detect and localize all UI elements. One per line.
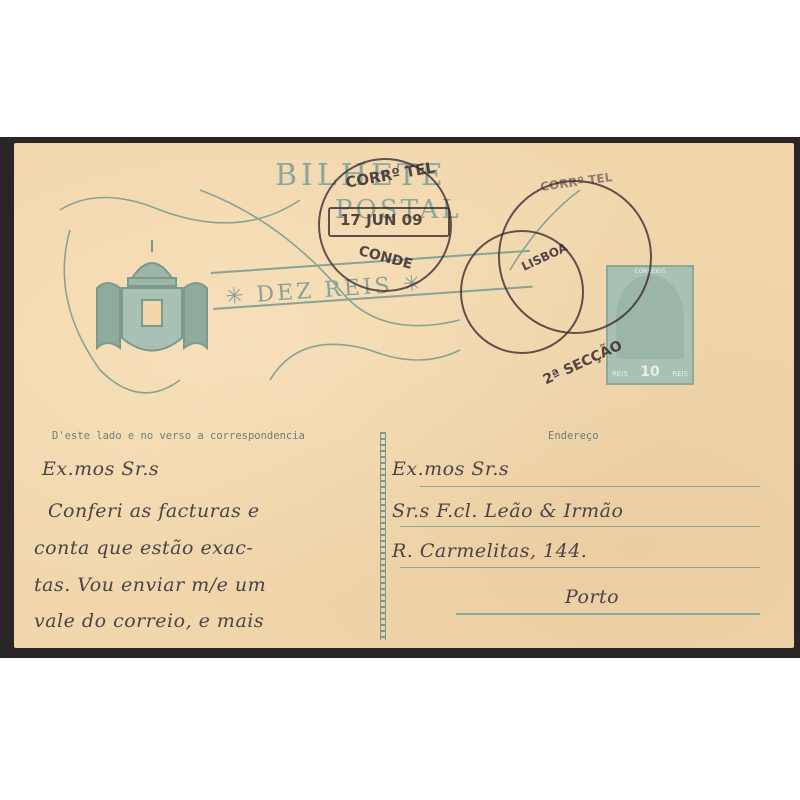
- message-line: conta que estão exac-: [34, 537, 253, 559]
- address-rule: [400, 567, 760, 568]
- address-line: Porto: [565, 586, 619, 608]
- address-rule: [400, 526, 760, 527]
- chain-divider: [380, 432, 386, 640]
- correspondence-label: D'este lado e no verso a correspondencia: [52, 430, 305, 442]
- address-line: Ex.mos Sr.s: [392, 458, 509, 480]
- message-line: vale do correio, e mais: [34, 610, 264, 632]
- message-line: Ex.mos Sr.s: [42, 458, 159, 480]
- message-line: tas. Vou enviar m/e um: [34, 574, 266, 596]
- address-rule: [420, 486, 760, 487]
- postmark-left-date: 17 JUN 09: [340, 211, 423, 229]
- address-rule: [456, 613, 760, 615]
- message-line: Conferi as facturas e: [48, 500, 260, 522]
- address-line: R. Carmelitas, 144.: [392, 540, 587, 562]
- stamp-currency-right: REIS: [672, 370, 688, 378]
- address-line: Sr.s F.cl. Leão & Irmão: [392, 500, 623, 522]
- address-label: Endereço: [548, 430, 599, 442]
